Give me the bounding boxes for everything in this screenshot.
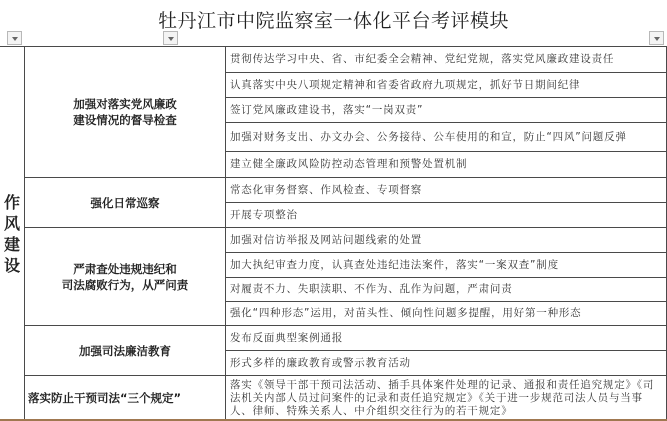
item-cell[interactable]: 认真落实中央八项规定精神和省委省政府九项规定，抓好节日期间纪律 bbox=[226, 73, 667, 98]
item-cell[interactable]: 建立健全廉政风险防控动态管理和预警处置机制 bbox=[226, 152, 667, 178]
item-cell[interactable]: 贯彻传达学习中央、省、市纪委全会精神、党纪党规，落实党风廉政建设责任 bbox=[226, 47, 667, 73]
filter-dropdown-column-b[interactable] bbox=[163, 31, 178, 45]
item-cell[interactable]: 加强对信访举报及网站问题线索的处置 bbox=[226, 228, 667, 253]
item-cell[interactable]: 签订党风廉政建设书，落实“一岗双责” bbox=[226, 98, 667, 123]
category-line: 司法腐败行为，从严问责 bbox=[25, 277, 225, 293]
item-cell[interactable]: 落实《领导干部干预司法活动、插手具体案件处理的记录、通报和责任追究规定》《司法机… bbox=[226, 376, 667, 421]
table-row: 强化日常巡察 常态化审务督察、作风检查、专项督察 bbox=[0, 178, 667, 203]
category-cell[interactable]: 严肃查处违规违纪和 司法腐败行为，从严问责 bbox=[25, 228, 226, 326]
category-line: 加强对落实党风廉政 bbox=[25, 96, 225, 112]
item-cell[interactable]: 开展专项整治 bbox=[226, 203, 667, 228]
item-cell[interactable]: 加强对财务支出、办文办会、公务接待、公车使用的和宣，防止“四风”问题反弹 bbox=[226, 123, 667, 152]
item-cell[interactable]: 发布反面典型案例通报 bbox=[226, 326, 667, 351]
category-cell[interactable]: 落实防止干预司法“三个规定” bbox=[25, 376, 226, 421]
category-cell[interactable]: 强化日常巡察 bbox=[25, 178, 226, 228]
category-line: 落实防止干预司法“三个规定” bbox=[28, 390, 225, 406]
item-cell[interactable]: 常态化审务督察、作风检查、专项督察 bbox=[226, 178, 667, 203]
item-cell[interactable]: 强化“四种形态”运用，对苗头性、倾向性问题多提醒，用好第一种形态 bbox=[226, 302, 667, 326]
table-row: 作风建设 加强对落实党风廉政 建设情况的督导检查 贯彻传达学习中央、省、市纪委全… bbox=[0, 47, 667, 73]
filter-dropdown-column-a[interactable] bbox=[7, 31, 22, 45]
page-title: 牡丹江市中院监察室一体化平台考评模块 bbox=[0, 6, 667, 33]
category-line: 建设情况的督导检查 bbox=[25, 112, 225, 128]
evaluation-table: 作风建设 加强对落实党风廉政 建设情况的督导检查 贯彻传达学习中央、省、市纪委全… bbox=[0, 46, 667, 421]
table-row: 加强司法廉洁教育 发布反面典型案例通报 bbox=[0, 326, 667, 351]
item-cell[interactable]: 形式多样的廉政教育或警示教育活动 bbox=[226, 351, 667, 376]
category-line: 加强司法廉洁教育 bbox=[25, 343, 225, 359]
section-label: 作风建设 bbox=[3, 192, 21, 276]
category-cell[interactable]: 加强对落实党风廉政 建设情况的督导检查 bbox=[25, 47, 226, 178]
item-cell[interactable]: 加大执纪审查力度，认真查处违纪违法案件，落实“一案双查”制度 bbox=[226, 253, 667, 278]
item-cell[interactable]: 对履责不力、失职渎职、不作为、乱作为问题，严肃问责 bbox=[226, 278, 667, 302]
table-row: 严肃查处违规违纪和 司法腐败行为，从严问责 加强对信访举报及网站问题线索的处置 bbox=[0, 228, 667, 253]
filter-dropdown-column-c[interactable] bbox=[649, 31, 664, 45]
section-cell[interactable]: 作风建设 bbox=[0, 47, 25, 421]
category-line: 强化日常巡察 bbox=[25, 195, 225, 211]
category-cell[interactable]: 加强司法廉洁教育 bbox=[25, 326, 226, 376]
table-row: 落实防止干预司法“三个规定” 落实《领导干部干预司法活动、插手具体案件处理的记录… bbox=[0, 376, 667, 421]
category-line: 严肃查处违规违纪和 bbox=[25, 261, 225, 277]
